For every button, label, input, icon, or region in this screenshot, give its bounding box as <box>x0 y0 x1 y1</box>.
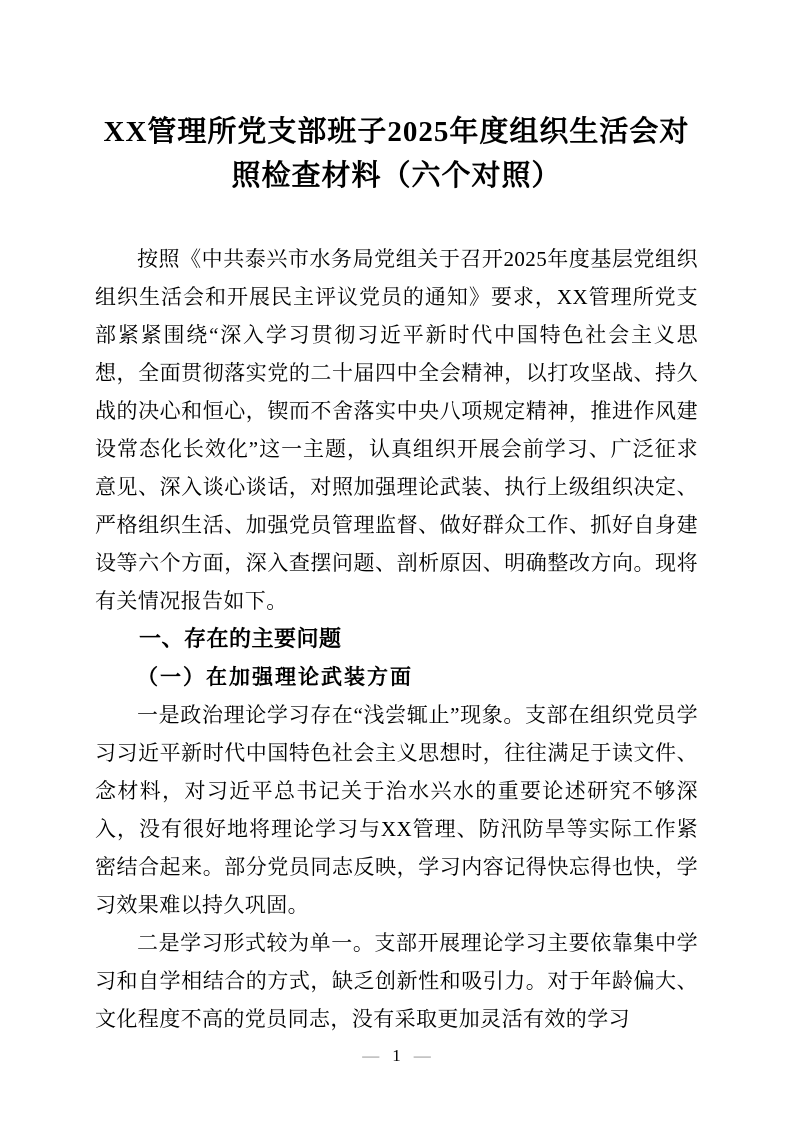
page-number: 1 <box>379 1046 414 1065</box>
document-body: 按照《中共泰兴市水务局党组关于召开2025年度基层党组织组织生活会和开展民主评议… <box>95 240 698 1038</box>
paragraph-point-two: 二是学习形式较为单一。支部开展理论学习主要依靠集中学习和自学相结合的方式，缺乏创… <box>95 924 698 1038</box>
document-title: XX管理所党支部班子2025年度组织生活会对照检查材料（六个对照） <box>95 110 698 198</box>
page-footer: —1— <box>0 1046 793 1066</box>
paragraph-point-one: 一是政治理论学习存在“浅尝辄止”现象。支部在组织党员学习习近平新时代中国特色社会… <box>95 696 698 924</box>
footer-dash-right: — <box>414 1046 431 1065</box>
section-heading-main-problems: 一、存在的主要问题 <box>95 620 698 658</box>
footer-dash-left: — <box>362 1046 379 1065</box>
subsection-heading-theory-armament: （一）在加强理论武装方面 <box>95 658 698 696</box>
document-page: XX管理所党支部班子2025年度组织生活会对照检查材料（六个对照） 按照《中共泰… <box>0 0 793 1122</box>
paragraph-intro: 按照《中共泰兴市水务局党组关于召开2025年度基层党组织组织生活会和开展民主评议… <box>95 240 698 620</box>
